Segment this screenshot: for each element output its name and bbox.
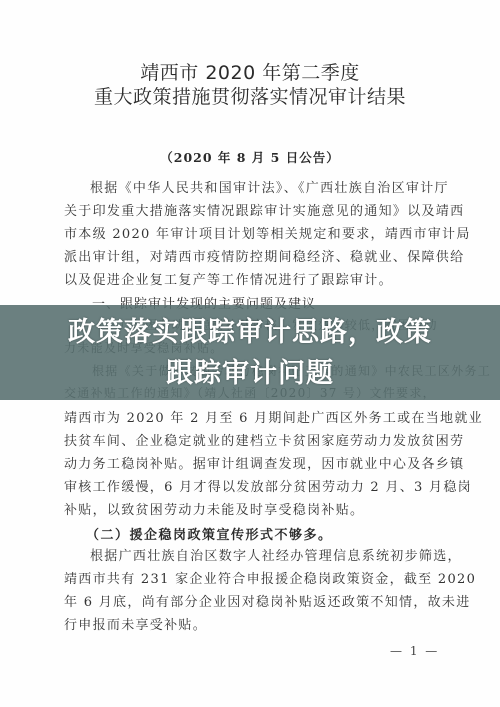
- overlay-title-line2: 跟踪审计问题: [0, 353, 500, 394]
- intro-paragraph-line: 派出审计组，对靖西市疫情防控期间稳经济、稳就业、保障供给: [64, 249, 436, 267]
- page-number: — 1 —: [390, 644, 439, 658]
- intro-paragraph-line: 关于印发重大措施落实情况跟踪审计实施意见的通知》以及靖西: [64, 203, 436, 221]
- document-title-line2: 重大政策措施贯彻落实情况审计结果: [0, 85, 500, 109]
- paragraph-line: 靖西市为 2020 年 2 月至 6 月期间赴广西区外务工或在当地就业: [64, 410, 436, 428]
- announcement-date: （2020 年 8 月 5 日公告）: [0, 148, 500, 166]
- paragraph-line: 扶贫车间、企业稳定就业的建档立卡贫困家庭劳动力发放贫困劳: [64, 433, 436, 451]
- intro-paragraph-line: 市本级 2020 年审计项目计划等相关规定和要求，靖西市审计局: [64, 226, 436, 244]
- intro-paragraph-line: 以及促进企业复工复产等工作情况进行了跟踪审计。: [64, 272, 436, 290]
- paragraph-line: 年 6 月底，尚有部分企业因对稳岗补贴返还政策不知情，故未进: [64, 594, 436, 612]
- paragraph-line: 动力务工稳岗补贴。据审计组调查发现，因市就业中心及各乡镇: [64, 456, 436, 474]
- paragraph-line: 补贴，以致贫困劳动力未能及时享受稳岗补贴。: [64, 502, 436, 520]
- paragraph-line: 根据广西壮族自治区数字人社经办管理信息系统初步筛选，: [90, 548, 436, 566]
- paragraph-line: 靖西市共有 231 家企业符合申报援企稳岗政策资金，截至 2020: [64, 571, 436, 589]
- intro-paragraph-line: 根据《中华人民共和国审计法》、《广西壮族自治区审计厅: [90, 180, 436, 198]
- overlay-title: 政策落实跟踪审计思路，政策 跟踪审计问题: [0, 312, 500, 394]
- paragraph-line: 行申报而未享受补贴。: [64, 617, 436, 635]
- document-title-line1: 靖西市 2020 年第二季度: [0, 61, 500, 85]
- paragraph-line: 审核工作缓慢，6 月才得以发放部分贫困劳动力 2 月、3 月稳岗: [64, 479, 436, 497]
- overlay-title-line1: 政策落实跟踪审计思路，政策: [0, 312, 500, 353]
- subsection-heading: （二）援企稳岗政策宣传形式不够多。: [86, 524, 333, 543]
